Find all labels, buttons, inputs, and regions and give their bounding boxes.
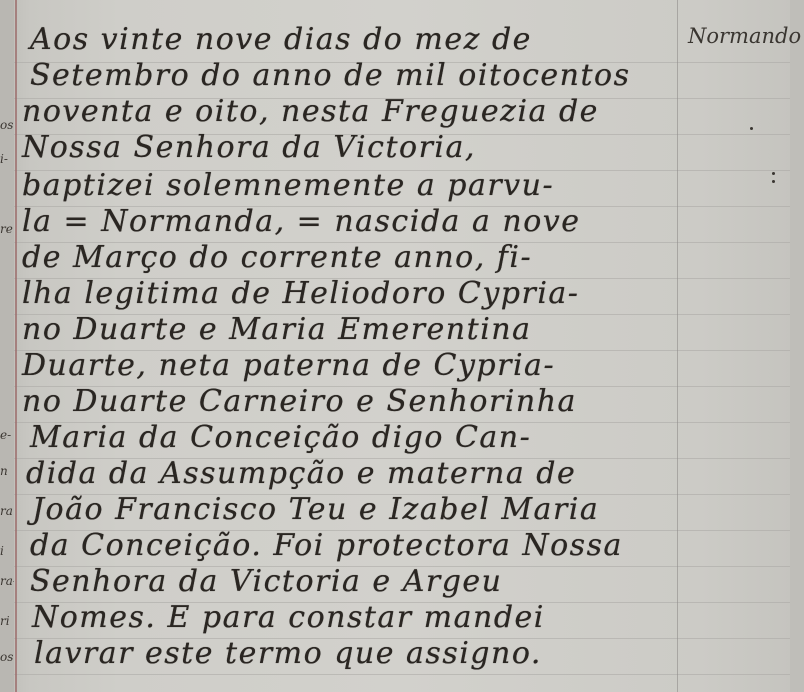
record-line: da Conceição. Foi protectora Nossa — [30, 528, 623, 563]
record-line: João Francisco Teu e Izabel Maria — [32, 492, 599, 527]
left-page-fragment: os — [0, 118, 14, 132]
record-line: lha legitima de Heliodoro Cypria- — [22, 276, 579, 311]
record-line: Setembro do anno de mil oitocentos — [30, 58, 630, 93]
left-page-fragment: os — [0, 650, 14, 664]
left-page-fragment: ra — [0, 504, 14, 518]
ledger-page: os i- re e- n ra i ra- ri os Normando Ao… — [0, 0, 804, 692]
record-line: no Duarte Carneiro e Senhorinha — [22, 384, 577, 419]
record-line: la = Normanda, = nascida a nove — [22, 204, 580, 239]
record-line: Aos vinte nove dias do mez de — [30, 22, 532, 57]
record-line: baptizei solemnemente a parvu- — [22, 168, 554, 203]
ink-dot — [772, 180, 775, 183]
record-line: Nossa Senhora da Victoria, — [22, 130, 476, 165]
ink-dot — [772, 172, 775, 175]
ruled-line — [14, 674, 804, 675]
left-page-fragment: e- — [0, 428, 14, 442]
left-page-fragment: n — [0, 464, 14, 478]
left-page-fragment: re — [0, 222, 14, 236]
margin-note-name: Normando — [688, 24, 801, 48]
red-margin-line — [15, 0, 17, 692]
left-page-fragment: ri — [0, 614, 14, 628]
record-line: Nomes. E para constar mandei — [32, 600, 545, 635]
record-line: Maria da Conceição digo Can- — [30, 420, 531, 455]
record-line: dida da Assumpção e materna de — [26, 456, 576, 491]
record-line: de Março do corrente anno, fi- — [22, 240, 532, 275]
record-line: noventa e oito, nesta Freguezia de — [22, 94, 599, 129]
ink-dot — [750, 127, 753, 130]
right-margin-line — [677, 0, 678, 692]
record-line: Duarte, neta paterna de Cypria- — [22, 348, 555, 383]
left-page-fragment: i — [0, 544, 14, 558]
record-line: lavrar este termo que assigno. — [34, 636, 542, 671]
record-line: Senhora da Victoria e Argeu — [30, 564, 502, 599]
record-line: no Duarte e Maria Emerentina — [22, 312, 532, 347]
page-right-edge — [790, 0, 804, 692]
left-page-fragment: ra- — [0, 574, 14, 588]
left-page-fragment: i- — [0, 152, 14, 166]
adjacent-page-edge — [0, 0, 14, 692]
